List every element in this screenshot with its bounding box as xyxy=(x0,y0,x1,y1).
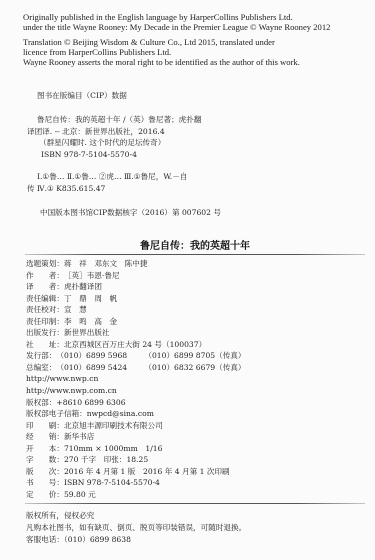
credit-row-copyright-dept: 版权部：+8610 6899 6306 xyxy=(26,397,246,409)
footer-divider xyxy=(25,503,365,504)
cip-line: 鲁尼自传：我的英超十年 /（英）鲁尼著；虎扑翻 xyxy=(27,114,201,126)
credit-row-printer: 印 刷：北京旭丰源印刷技术有限公司 xyxy=(26,420,246,432)
credit-row-distribution: 发行部：（010）6899 5968（010）6899 8705（传真） xyxy=(26,350,246,362)
classification-line: Ⅰ.①鲁… Ⅱ.①鲁… ②虎… Ⅲ.①鲁尼，W.－自 xyxy=(27,171,187,183)
credit-row-proofreader: 责任校对：宣 慧 xyxy=(26,304,246,316)
service-phone: 客服电话：（010）6899 8638 xyxy=(26,534,246,546)
credit-row-editor: 责任编辑：丁 鼎 周 帆 xyxy=(26,293,246,305)
rights-line: under the title Wayne Rooney: My Decade … xyxy=(23,22,368,32)
website-link[interactable]: http://www.nwp.cn xyxy=(26,373,246,385)
credit-row-edition: 版 次：2016 年 4 月第 1 版 2016 年 4 月第 1 次印刷 xyxy=(26,466,246,478)
credit-row-address: 社 址：北京西城区百万庄大街 24 号（100037） xyxy=(26,339,246,351)
copyright-notice: 版权所有，侵权必究 xyxy=(26,510,246,522)
credit-row-word-count: 字 数：270 千字 印张：18.25 xyxy=(26,454,246,466)
credit-row-format: 开 本：710mm × 1000mm 1/16 xyxy=(26,443,246,455)
cip-line: ISBN 978-7-5104-5570-4 xyxy=(27,149,201,161)
credit-row-seller: 经 销：新华书店 xyxy=(26,431,246,443)
footer-notice: 版权所有，侵权必究 凡购本社图书，如有缺页、倒页、脱页等印装错误，可随时退换。 … xyxy=(26,510,246,546)
credit-row-publisher: 出版发行：新世界出版社 xyxy=(26,327,246,339)
credit-row-planning: 选题策划：蒋 祥 邓东文 陈中捷 xyxy=(26,258,246,270)
credit-row-printing-manager: 责任印制：李 鸣 高 金 xyxy=(26,316,246,328)
rights-line: Wayne Rooney asserts the moral right to … xyxy=(23,57,368,67)
cip-line: （群星闪耀时. 这个时代的足坛传奇） xyxy=(27,137,201,149)
credit-row-price: 定 价：59.80 元 xyxy=(26,489,246,501)
cip-number: 中国版本图书馆CIP数据核字（2016）第 007602 号 xyxy=(40,207,221,219)
rights-line: Translation © Beijing Wisdom & Culture C… xyxy=(23,37,368,47)
credits-list: 选题策划：蒋 祥 邓东文 陈中捷 作 者：［英］韦恩·鲁尼 译 者：虎扑翻译团 … xyxy=(26,258,246,500)
return-policy: 凡购本社图书，如有缺页、倒页、脱页等印装错误，可随时退换。 xyxy=(26,522,246,534)
cip-line: 译团译. -- 北京：新世界出版社，2016.4 xyxy=(27,126,201,138)
classification-line: 传 Ⅳ.① K835.615.47 xyxy=(27,183,187,195)
credit-row-isbn: 书 号：ISBN 978-7-5104-5570-4 xyxy=(26,477,246,489)
rights-line: licence from HarperCollins Publishers Lt… xyxy=(23,47,368,57)
cip-record: 鲁尼自传：我的英超十年 /（英）鲁尼著；虎扑翻 译团译. -- 北京：新世界出版… xyxy=(27,114,201,160)
credit-row-editorial-office: 总编室：（010）6899 5424（010）6832 6679（传真） xyxy=(26,362,246,374)
english-rights-block: Originally published in the English lang… xyxy=(23,12,368,67)
cip-classification: Ⅰ.①鲁… Ⅱ.①鲁… ②虎… Ⅲ.①鲁尼，W.－自 传 Ⅳ.① K835.61… xyxy=(27,171,187,195)
book-title: 鲁尼自传：我的英超十年 xyxy=(140,237,250,252)
title-divider xyxy=(25,254,365,255)
credit-row-translator: 译 者：虎扑翻译团 xyxy=(26,281,246,293)
cip-heading: 图书在版编目（CIP）数据 xyxy=(37,90,127,102)
website-link[interactable]: http://www.nwp.com.cn xyxy=(26,385,246,397)
rights-line: Originally published in the English lang… xyxy=(23,12,368,22)
credit-row-copyright-email: 版权部电子信箱：nwpcd@sina.com xyxy=(26,408,246,420)
credit-row-author: 作 者：［英］韦恩·鲁尼 xyxy=(26,270,246,282)
